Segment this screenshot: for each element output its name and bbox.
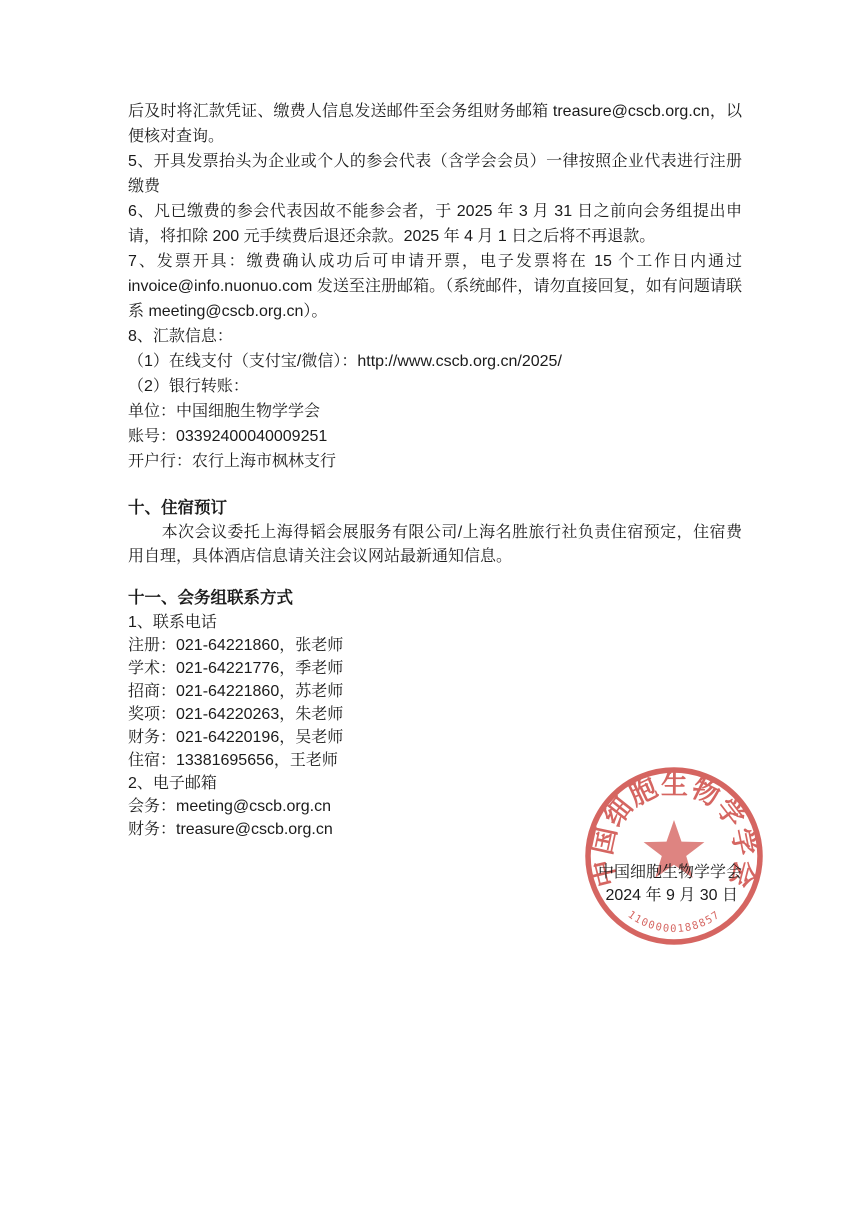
contact-phone-heading: 1、联系电话 xyxy=(128,611,742,634)
heading-accommodation: 十、住宿预订 xyxy=(128,495,742,521)
signature-organization: 中国细胞生物学学会 xyxy=(128,861,742,884)
contact-email-treasure: 财务：treasure@cscb.org.cn xyxy=(128,818,742,841)
paragraph-bank-transfer: （2）银行转账： xyxy=(128,374,742,399)
contact-phone-academic: 学术：021-64221776，季老师 xyxy=(128,657,742,680)
paragraph-bank-account-number: 账号：03392400040009251 xyxy=(128,424,742,449)
contact-phone-finance: 财务：021-64220196，吴老师 xyxy=(128,726,742,749)
paragraph-item-6-refund-policy: 6、凡已缴费的参会代表因故不能参会者，于 2025 年 3 月 31 日之前向会… xyxy=(128,199,742,249)
contact-phone-sponsorship: 招商：021-64221860，苏老师 xyxy=(128,680,742,703)
seal-code-text-holder: 1100000188857 xyxy=(625,909,722,935)
paragraph-bank-branch: 开户行：农行上海市枫林支行 xyxy=(128,449,742,474)
paragraph-online-payment-url: （1）在线支付（支付宝/微信）：http://www.cscb.org.cn/2… xyxy=(128,349,742,374)
signature-date: 2024 年 9 月 30 日 xyxy=(128,884,742,907)
signature-block: 中国细胞生物学学会 2024 年 9 月 30 日 xyxy=(128,861,742,907)
paragraph-bank-account-name: 单位：中国细胞生物学学会 xyxy=(128,399,742,424)
paragraph-remittance-proof: 后及时将汇款凭证、缴费人信息发送邮件至会务组财务邮箱 treasure@cscb… xyxy=(128,99,742,149)
paragraph-item-8-remittance-info: 8、汇款信息： xyxy=(128,324,742,349)
heading-contact-info: 十一、会务组联系方式 xyxy=(128,585,742,611)
contact-email-meeting: 会务：meeting@cscb.org.cn xyxy=(128,795,742,818)
paragraph-item-5-invoice-title: 5、开具发票抬头为企业或个人的参会代表（含学会会员）一律按照企业代表进行注册缴费 xyxy=(128,149,742,199)
paragraph-item-7-invoice-issuing: 7、发票开具：缴费确认成功后可申请开票，电子发票将在 15 个工作日内通过 in… xyxy=(128,249,742,324)
seal-code-text: 1100000188857 xyxy=(625,909,722,935)
contact-email-heading: 2、电子邮箱 xyxy=(128,772,742,795)
paragraph-accommodation: 本次会议委托上海得韬会展服务有限公司/上海名胜旅行社负责住宿预定，住宿费用自理，… xyxy=(128,521,742,569)
contact-phone-accommodation: 住宿：13381695656，王老师 xyxy=(128,749,742,772)
document-content: 后及时将汇款凭证、缴费人信息发送邮件至会务组财务邮箱 treasure@cscb… xyxy=(128,99,742,907)
contact-phone-registration: 注册：021-64221860，张老师 xyxy=(128,634,742,657)
contact-list: 1、联系电话 注册：021-64221860，张老师 学术：021-642217… xyxy=(128,611,742,841)
contact-phone-awards: 奖项：021-64220263，朱老师 xyxy=(128,703,742,726)
